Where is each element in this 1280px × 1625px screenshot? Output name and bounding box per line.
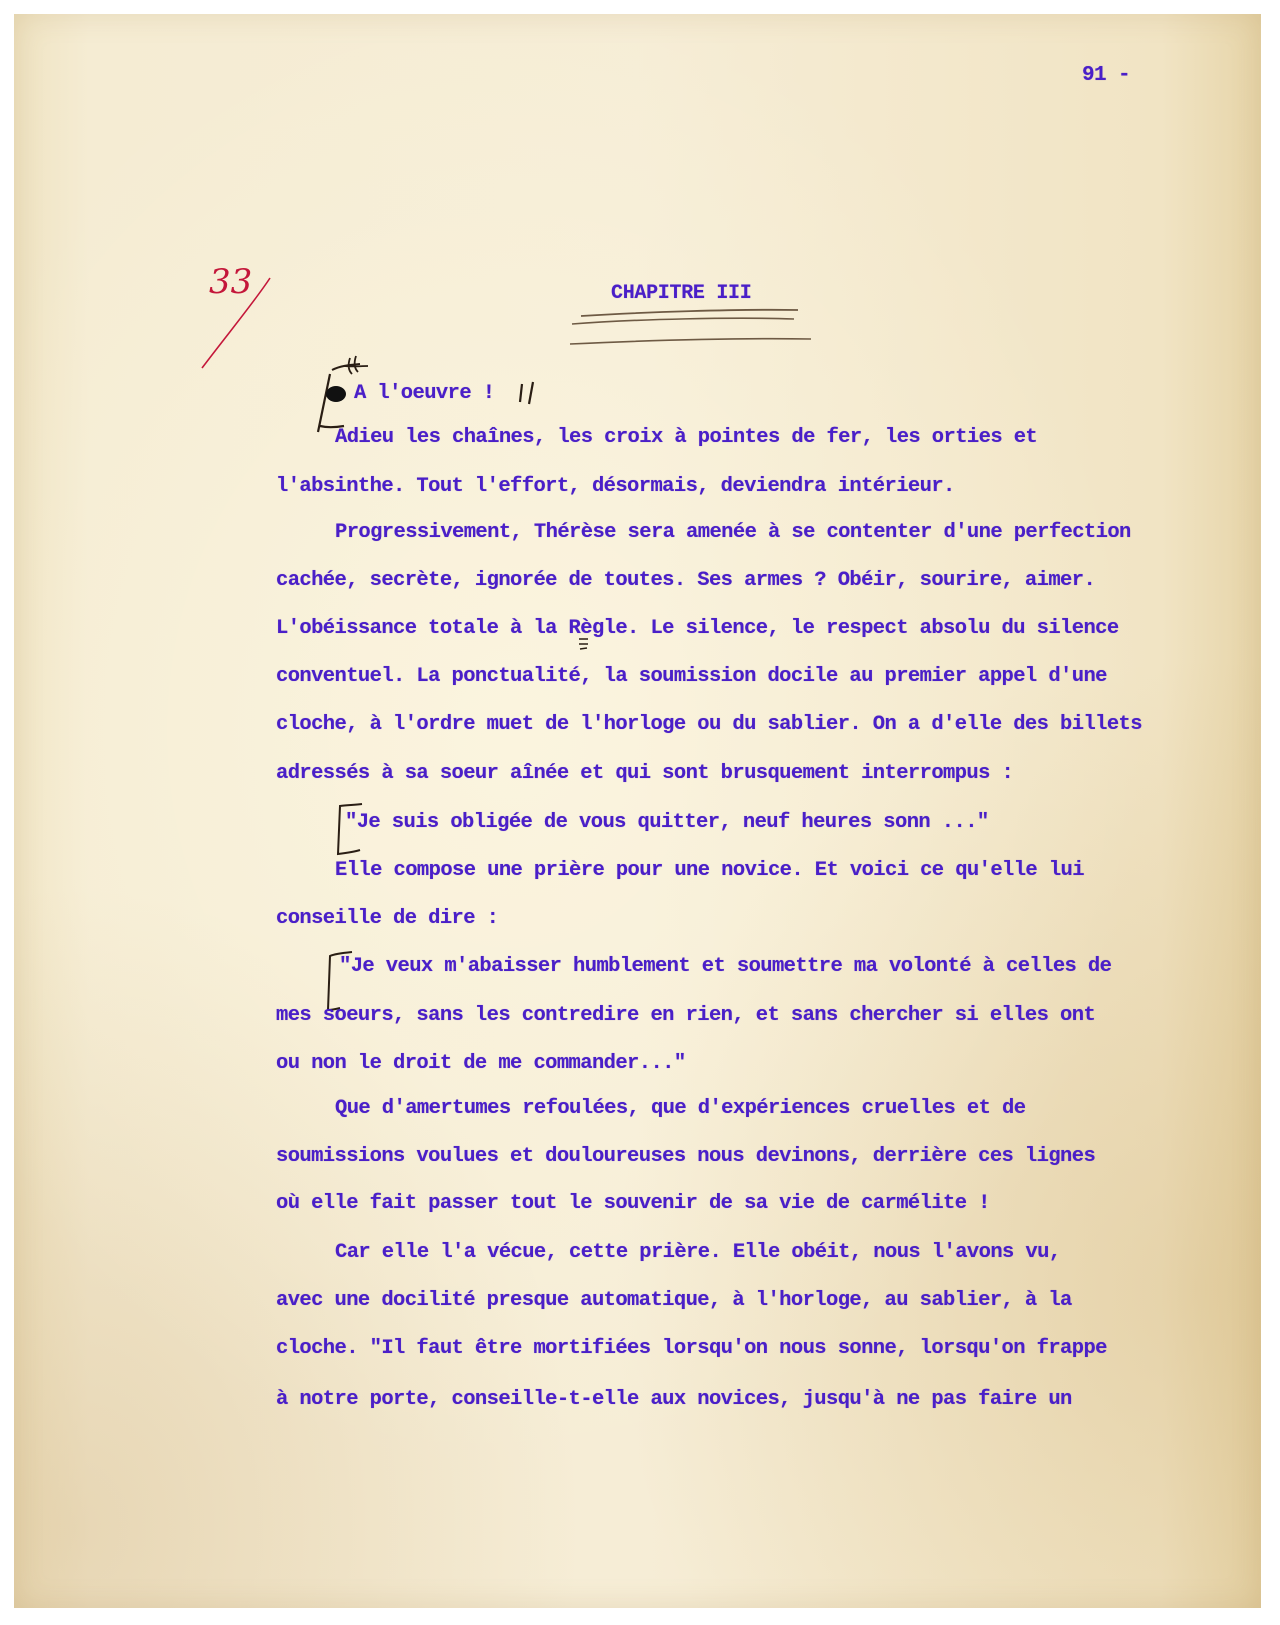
text-line: cachée, secrète, ignorée de toutes. Ses … — [276, 569, 1095, 592]
text-line: soumissions voulues et douloureuses nous… — [276, 1145, 1095, 1168]
correction-mark-icon — [577, 636, 591, 652]
typescript-page: 91 - 33 CHAPITRE III A l'oeuvre ! Adieu … — [14, 14, 1261, 1608]
text-line: à notre porte, conseille-t-elle aux novi… — [276, 1388, 1072, 1411]
text-line: l'absinthe. Tout l'effort, désormais, de… — [276, 475, 955, 498]
text-line: ou non le droit de me commander..." — [276, 1052, 686, 1075]
chapter-title: CHAPITRE III — [611, 282, 751, 305]
text-line: conventuel. La ponctualité, la soumissio… — [276, 665, 1107, 688]
text-line: Que d'amertumes refoulées, que d'expérie… — [335, 1097, 1025, 1120]
text-line: "Je veux m'abaisser humblement et soumet… — [339, 955, 1111, 978]
text-line: Elle compose une prière pour une novice.… — [335, 859, 1084, 882]
text-line: adressés à sa soeur aînée et qui sont br… — [276, 762, 1013, 785]
text-line: Car elle l'a vécue, cette prière. Elle o… — [335, 1241, 1061, 1264]
text-line: Progressivement, Thérèse sera amenée à s… — [335, 521, 1131, 544]
red-pencil-stroke-icon — [200, 276, 280, 371]
text-line: cloche, à l'ordre muet de l'horloge ou d… — [276, 713, 1142, 736]
text-line: A l'oeuvre ! — [354, 382, 494, 405]
text-line: L'obéissance totale à la Règle. Le silen… — [276, 617, 1119, 640]
text-line: cloche. "Il faut être mortifiées lorsqu'… — [276, 1337, 1107, 1360]
text-line: mes soeurs, sans les contredire en rien,… — [276, 1004, 1095, 1027]
text-line: où elle fait passer tout le souvenir de … — [276, 1192, 990, 1215]
text-line: avec une docilité presque automatique, à… — [276, 1289, 1072, 1312]
chapter-underline-icon — [566, 306, 816, 351]
text-line: "Je suis obligée de vous quitter, neuf h… — [345, 811, 989, 834]
text-line: conseille de dire : — [276, 907, 498, 930]
text-line: Adieu les chaînes, les croix à pointes d… — [335, 426, 1037, 449]
page-number: 91 - — [1082, 64, 1130, 87]
handwritten-exclamation-icon — [514, 380, 544, 406]
